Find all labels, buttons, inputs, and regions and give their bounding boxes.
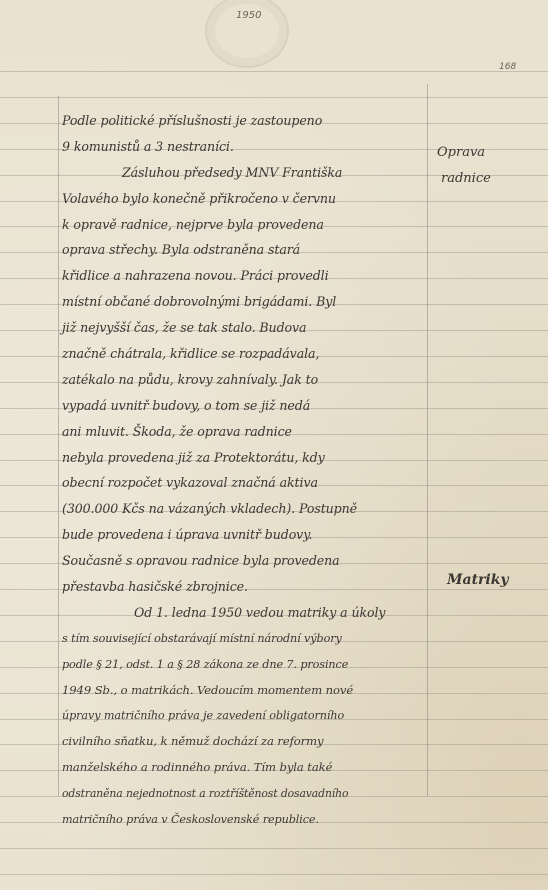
ruled-line — [0, 71, 548, 72]
text-line: Volavého bylo konečně přikročeno v červn… — [62, 186, 428, 212]
text-line: místní občané dobrovolnými brigádami. By… — [62, 289, 428, 315]
margin-note-line: radnice — [437, 166, 491, 192]
text-line: 9 komunistů a 3 nestraníci. — [62, 134, 428, 160]
year-annotation: 1950 — [236, 10, 261, 21]
text-line: oprava střechy. Byla odstraněna stará — [62, 237, 428, 263]
text-line: nebyla provedena již za Protektorátu, kd… — [62, 445, 428, 471]
text-line: k opravě radnice, nejprve byla provedena — [62, 212, 428, 238]
ruled-line — [0, 97, 548, 98]
margin-note-oprava-radnice: Oprava radnice — [437, 140, 491, 192]
text-line: bude provedena i úprava uvnitř budovy. — [62, 522, 428, 548]
ruled-line — [0, 874, 548, 875]
text-line: obecní rozpočet vykazoval značná aktiva — [62, 470, 428, 496]
text-line: již nejvyšší čas, že se tak stalo. Budov… — [62, 315, 428, 341]
text-line: zatékalo na půdu, krovy zahnívaly. Jak t… — [62, 367, 428, 393]
text-line: civilního sňatku, k němuž dochází za ref… — [62, 729, 428, 755]
text-line: značně chátrala, křidlice se rozpadávala… — [62, 341, 428, 367]
text-line: s tím související obstarávají místní nár… — [62, 626, 428, 652]
text-line: manželského a rodinného práva. Tím byla … — [62, 755, 428, 781]
text-line: Od 1. ledna 1950 vedou matriky a úkoly — [62, 600, 428, 626]
text-line: křidlice a nahrazena novou. Práci proved… — [62, 263, 428, 289]
text-line: přestavba hasičské zbrojnice. — [62, 574, 428, 600]
handwritten-body: Podle politické příslušnosti je zastoupe… — [62, 108, 428, 833]
text-line: vypadá uvnitř budovy, o tom se již nedá — [62, 393, 428, 419]
margin-note-line: Matriky — [447, 567, 509, 593]
left-margin-line — [58, 96, 59, 796]
text-line: Zásluhou předsedy MNV Františka — [62, 160, 428, 186]
text-line: Současně s opravou radnice byla proveden… — [62, 548, 428, 574]
margin-note-matriky: Matriky — [447, 567, 509, 593]
margin-note-line: Oprava — [437, 140, 491, 166]
text-line: podle § 21, odst. 1 a § 28 zákona ze dne… — [62, 652, 428, 678]
text-line: (300.000 Kčs na vázaných vkladech). Post… — [62, 496, 428, 522]
chronicle-page: 1950 168 Podle politické příslušnosti je… — [0, 0, 548, 890]
text-line: odstraněna nejednotnost a roztříštěnost … — [62, 781, 428, 807]
text-line: Podle politické příslušnosti je zastoupe… — [62, 108, 428, 134]
text-line: matričního práva v Československé republ… — [62, 807, 428, 833]
text-line: 1949 Sb., o matrikách. Vedoucím momentem… — [62, 678, 428, 704]
text-line: ani mluvit. Škoda, že oprava radnice — [62, 419, 428, 445]
text-line: úpravy matričního práva je zavedení obli… — [62, 703, 428, 729]
ruled-line — [0, 848, 548, 849]
